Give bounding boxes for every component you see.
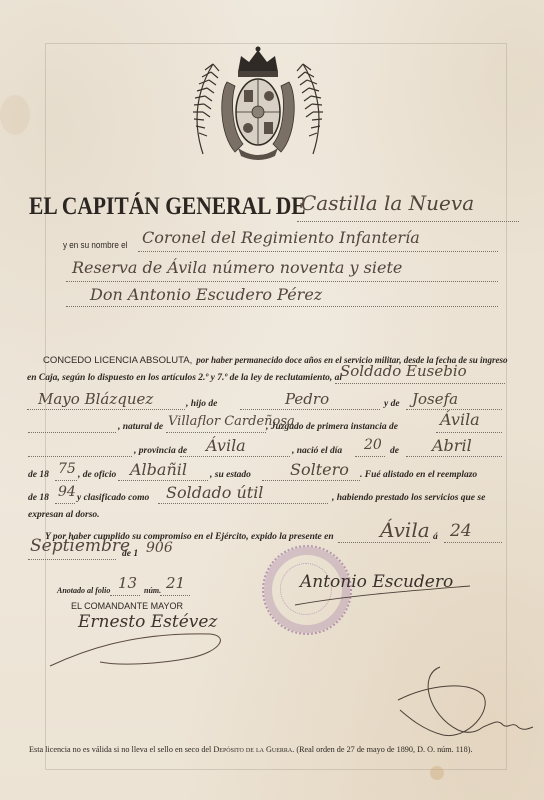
natural-de-label: , natural de bbox=[118, 422, 163, 432]
document-page: EL CAPITÁN GENERAL DE Castilla la Nueva … bbox=[0, 0, 544, 800]
servicios-text: , habiendo prestado los servicios que se bbox=[332, 493, 485, 503]
fill-line bbox=[55, 503, 75, 504]
comandante-label: EL COMANDANTE MAYOR bbox=[71, 601, 183, 611]
nacio-label: , nació el día bbox=[292, 446, 342, 456]
footer-note: Esta licencia no es válida si no lleva e… bbox=[29, 745, 473, 754]
y-de-label: y de bbox=[384, 399, 400, 409]
de18-label: de 18 bbox=[28, 470, 49, 480]
fill-line bbox=[28, 456, 132, 457]
nombre-line-1: Coronel del Regimiento Infantería bbox=[142, 228, 420, 247]
expedido-day: 24 bbox=[450, 521, 472, 541]
fill-line bbox=[335, 383, 505, 384]
folio-label: Anotado al folio bbox=[57, 586, 110, 595]
fill-line bbox=[27, 409, 185, 410]
fill-line bbox=[444, 542, 502, 543]
a-label: á bbox=[433, 532, 438, 542]
nombre-line-3: Don Antonio Escudero Pérez bbox=[90, 285, 322, 304]
articles-text: en Caja, según lo dispuesto en los artíc… bbox=[27, 373, 342, 383]
estado-value: Soltero bbox=[290, 460, 349, 479]
oficio-value: Albañil bbox=[130, 460, 187, 479]
alistado-text: . Fué alistado en el reemplazo bbox=[360, 470, 477, 480]
fill-line bbox=[338, 542, 430, 543]
estado-label: , su estado bbox=[210, 470, 251, 480]
reemplazo-label: de 18 bbox=[28, 493, 49, 503]
fill-line bbox=[240, 409, 380, 410]
footer-note-deposito: Depósito de la Guerra bbox=[213, 745, 292, 754]
num-value: 21 bbox=[166, 574, 185, 592]
fill-line bbox=[180, 456, 290, 457]
hijo-de-label: , hijo de bbox=[186, 399, 217, 409]
expedido-month: Septiembre bbox=[30, 536, 130, 556]
footer-note-suffix: . (Real orden de 27 de mayo de 1890, D. … bbox=[292, 745, 472, 754]
fill-line bbox=[66, 281, 498, 282]
expedido-en-value: Ávila bbox=[380, 518, 430, 542]
page-title: EL CAPITÁN GENERAL DE bbox=[29, 193, 306, 221]
fill-line bbox=[355, 456, 385, 457]
fill-line bbox=[158, 503, 328, 504]
juzgado-label: , Juzgado de primera instancia de bbox=[266, 422, 398, 432]
recipient-name-b: Mayo Blázquez bbox=[38, 390, 153, 408]
nombre-line-2: Reserva de Ávila número noventa y siete bbox=[72, 258, 402, 277]
fill-line bbox=[406, 456, 502, 457]
fill-line bbox=[138, 251, 498, 252]
paper-stain bbox=[0, 95, 30, 135]
fill-line bbox=[110, 595, 140, 596]
paper-stain bbox=[430, 766, 444, 780]
fill-line bbox=[166, 432, 266, 433]
fill-line bbox=[160, 595, 190, 596]
recipient-name-a: Soldado Eusebio bbox=[340, 362, 467, 380]
birth-month: Abril bbox=[432, 436, 472, 455]
royal-coat-of-arms-icon bbox=[183, 44, 333, 162]
holder-signature bbox=[388, 655, 538, 750]
fill-line bbox=[118, 480, 208, 481]
de-label: de bbox=[390, 446, 399, 456]
fill-line bbox=[55, 480, 77, 481]
reemplazo-year: 94 bbox=[58, 484, 76, 500]
birth-year: 75 bbox=[58, 461, 76, 477]
birth-day: 20 bbox=[364, 437, 382, 453]
folio-value: 13 bbox=[118, 574, 137, 592]
num-label: núm. bbox=[144, 586, 161, 595]
capitania-value: Castilla la Nueva bbox=[301, 191, 474, 215]
fill-line bbox=[262, 480, 360, 481]
signature-flourish bbox=[40, 622, 240, 672]
title-row: EL CAPITÁN GENERAL DE Castilla la Nueva bbox=[29, 193, 499, 229]
provincia-label: , provincia de bbox=[134, 446, 187, 456]
fill-line bbox=[297, 221, 519, 222]
de1-label: de 1 bbox=[122, 549, 138, 559]
clasificado-value: Soldado útil bbox=[166, 483, 263, 502]
oficio-label: , de oficio bbox=[78, 470, 116, 480]
servicios-text-2: expresan al dorso. bbox=[28, 510, 100, 520]
nombre-label: y en su nombre el bbox=[63, 240, 127, 250]
fill-line bbox=[66, 306, 498, 307]
juzgado-value: Ávila bbox=[440, 410, 480, 429]
concedo-caps: CONCEDO LICENCIA ABSOLUTA, bbox=[43, 355, 192, 366]
coronel-signature-flourish bbox=[290, 560, 490, 610]
fill-line bbox=[28, 432, 116, 433]
expedido-year: 906 bbox=[146, 540, 173, 556]
clasificado-label: y clasificado como bbox=[77, 493, 149, 503]
father-name: Pedro bbox=[285, 390, 329, 408]
mother-name: Josefa bbox=[412, 390, 458, 408]
fill-line bbox=[28, 559, 116, 560]
provincia-value: Ávila bbox=[206, 436, 246, 455]
fill-line bbox=[436, 432, 502, 433]
footer-note-prefix: Esta licencia no es válida si no lleva e… bbox=[29, 745, 211, 754]
